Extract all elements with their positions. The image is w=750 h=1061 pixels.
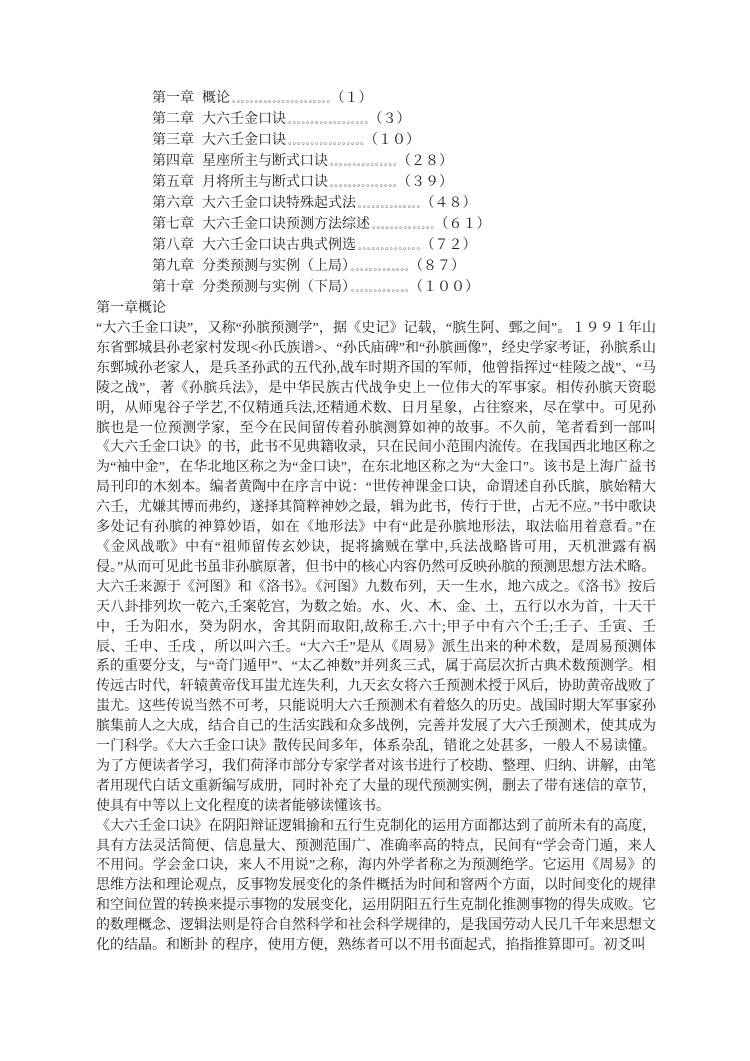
toc-chapter-number: 第三章 [152, 130, 194, 151]
toc-page-number: （４８） [428, 196, 477, 211]
toc-page-number: （１０） [371, 133, 420, 148]
toc-page-number: （７２） [428, 238, 477, 253]
toc-page-number: （２８） [404, 154, 453, 169]
toc-entry-title: 大六壬金口诀 [202, 133, 286, 148]
toc-entry: 第一章概论。。。。。。。。。。。。。。。。。。。。。。（１） [152, 88, 656, 109]
toc-entry: 第三章大六壬金口诀。。。。。。。。。。。。。。。。。（１０） [152, 130, 656, 151]
toc-entry: 第五章月将所主与断式口诀。。。。。。。。。。。。。。。（３９） [152, 172, 656, 193]
toc-dot-leader: 。。。。。。。。。。。。。 [349, 262, 416, 272]
toc-entry: 第十章分类预测与实例（下局）。。。。。。。。。。。。。（１００） [152, 277, 656, 298]
toc-entry-title: 大六壬金口诀预测方法综述 [202, 217, 370, 232]
toc-chapter-number: 第一章 [152, 88, 194, 109]
body-paragraph: 《大六壬金口诀》在阴阳辩证逻辑揄和五行生克制化的运用方面都达到了前所未有的高度，… [96, 817, 656, 956]
toc-entry: 第七章大六壬金口诀预测方法综述。。。。。。。。。。。。。。（６１） [152, 214, 656, 235]
table-of-contents: 第一章概论。。。。。。。。。。。。。。。。。。。。。。（１） 第二章大六壬金口诀… [152, 88, 656, 298]
toc-entry: 第二章大六壬金口诀。。。。。。。。。。。。。。。。。。（３） [152, 109, 656, 130]
toc-dot-leader: 。。。。。。。。。。。。。。。 [328, 178, 404, 188]
toc-entry: 第六章大六壬金口诀特殊起式法。。。。。。。。。。。。。。（４８） [152, 193, 656, 214]
toc-chapter-number: 第四章 [152, 151, 194, 172]
toc-entry: 第八章大六壬金口诀古典式例选。。。。。。。。。。。。。。（７２） [152, 235, 656, 256]
body-paragraph: “大六壬金口诀”，又称“孙膑预测学”，据《史记》记载，“膑生阿、鄄之间”。１９９… [96, 319, 656, 578]
toc-page-number: （１） [338, 91, 373, 106]
toc-chapter-number: 第八章 [152, 235, 194, 256]
toc-page-number: （１００） [416, 280, 479, 295]
document-page: 第一章概论。。。。。。。。。。。。。。。。。。。。。。（１） 第二章大六壬金口诀… [0, 0, 750, 1061]
toc-chapter-number: 第六章 [152, 193, 194, 214]
toc-chapter-number: 第九章 [152, 256, 194, 277]
toc-dot-leader: 。。。。。。。。。。。。。。。。。。 [286, 115, 376, 125]
toc-entry-title: 月将所主与断式口诀 [202, 175, 328, 190]
toc-entry-title: 分类预测与实例（上局） [202, 259, 349, 274]
toc-page-number: （６１） [442, 217, 491, 232]
toc-dot-leader: 。。。。。。。。。。。。。。 [356, 241, 428, 251]
toc-entry: 第四章星座所主与断式口诀。。。。。。。。。。。。。。。（２８） [152, 151, 656, 172]
toc-entry-title: 大六壬金口诀 [202, 112, 286, 127]
toc-dot-leader: 。。。。。。。。。。。。。。。。。 [286, 136, 371, 146]
toc-chapter-number: 第五章 [152, 172, 194, 193]
toc-entry-title: 分类预测与实例（下局） [202, 280, 349, 295]
toc-page-number: （３） [376, 112, 411, 127]
toc-chapter-number: 第二章 [152, 109, 194, 130]
toc-page-number: （３９） [404, 175, 453, 190]
body-paragraph: 大六壬来源于《河图》和《洛书》。《河图》九数布列，天一生水，地六成之。《洛书》按… [96, 578, 656, 817]
document-content: 第一章概论。。。。。。。。。。。。。。。。。。。。。。（１） 第二章大六壬金口诀… [96, 88, 656, 956]
toc-entry: 第九章分类预测与实例（上局）。。。。。。。。。。。。。（８７） [152, 256, 656, 277]
toc-entry-title: 大六壬金口诀特殊起式法 [202, 196, 356, 211]
toc-dot-leader: 。。。。。。。。。。。。。。。 [328, 157, 404, 167]
chapter-heading: 第一章概论 [96, 299, 656, 319]
toc-dot-leader: 。。。。。。。。。。。。。。 [356, 199, 428, 209]
toc-dot-leader: 。。。。。。。。。。。。。 [349, 283, 416, 293]
toc-chapter-number: 第七章 [152, 214, 194, 235]
toc-page-number: （８７） [416, 259, 465, 274]
toc-entry-title: 大六壬金口诀古典式例选 [202, 238, 356, 253]
toc-entry-title: 概论 [202, 91, 230, 106]
toc-dot-leader: 。。。。。。。。。。。。。。。。。。。。。。 [230, 94, 338, 104]
toc-entry-title: 星座所主与断式口诀 [202, 154, 328, 169]
toc-chapter-number: 第十章 [152, 277, 194, 298]
toc-dot-leader: 。。。。。。。。。。。。。。 [370, 220, 442, 230]
